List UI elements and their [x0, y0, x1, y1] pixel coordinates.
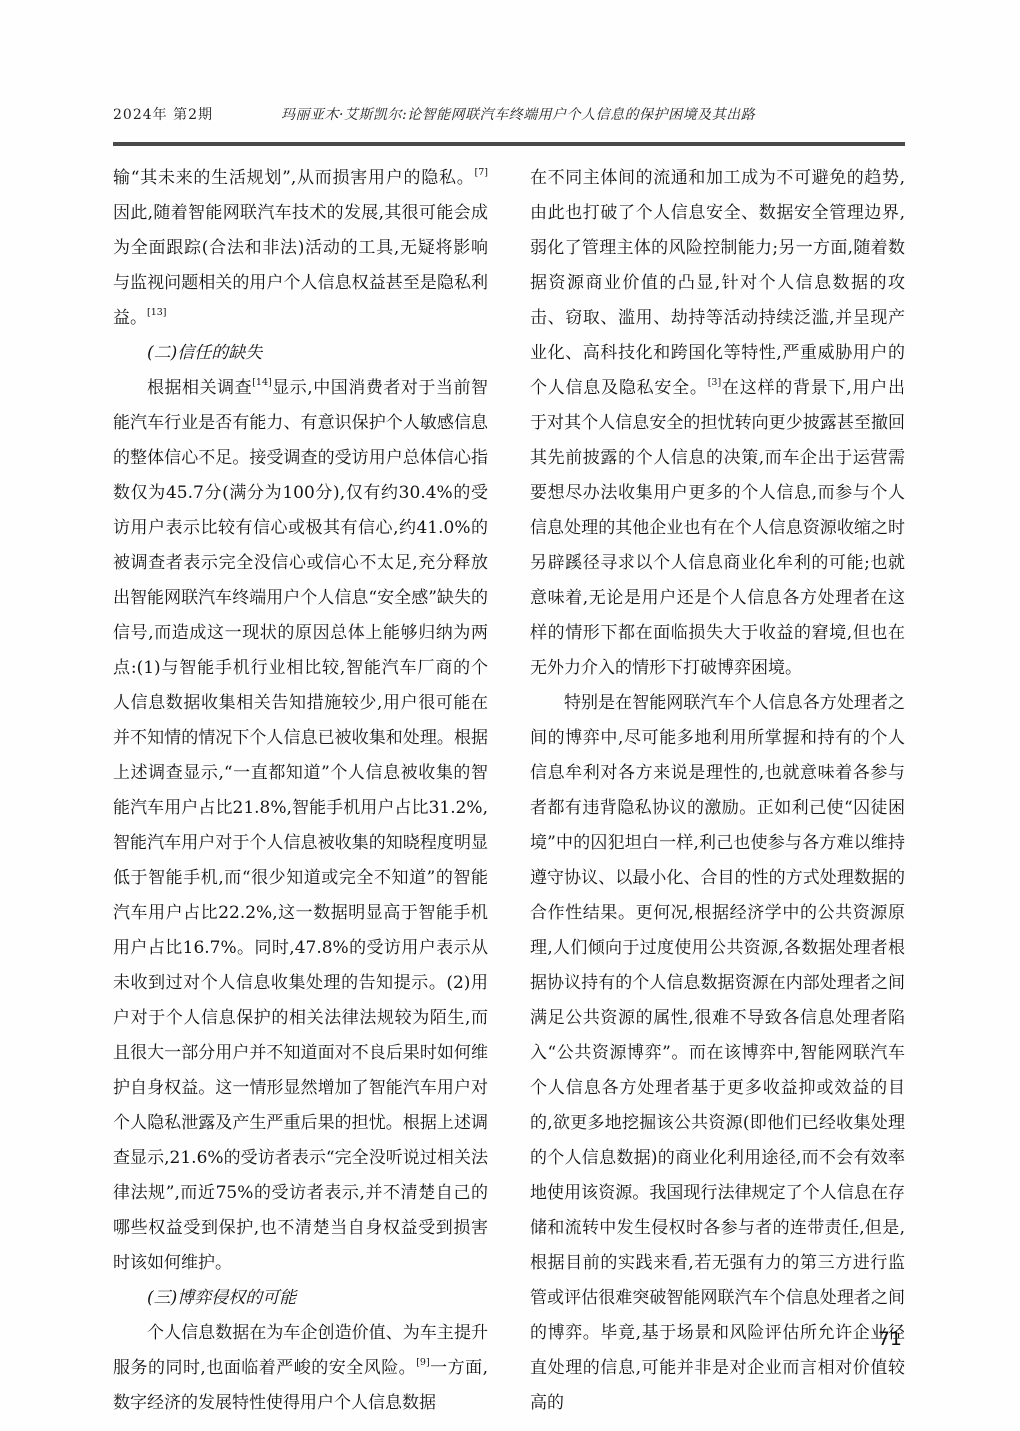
footnote-ref: [13]: [147, 307, 167, 318]
page-header: 2024年 第2期 玛丽亚木·艾斯凯尔:论智能网联汽车终端用户个人信息的保护困境…: [113, 104, 905, 124]
left-column: 输“其未来的生活规划”,从而损害用户的隐私。[7]因此,随着智能网联汽车技术的发…: [113, 161, 488, 1421]
running-title: 玛丽亚木·艾斯凯尔:论智能网联汽车终端用户个人信息的保护困境及其出路: [281, 104, 755, 124]
paragraph-text: 因此,随着智能网联汽车技术的发展,其很可能会成为全面跟踪(合法和非法)活动的工具…: [113, 203, 488, 328]
section-heading-3: (三)博弈侵权的可能: [113, 1281, 488, 1316]
paragraph: 个人信息数据在为车企创造价值、为车主提升服务的同时,也面临着严峻的安全风险。[9…: [113, 1316, 488, 1421]
right-column: 在不同主体间的流通和加工成为不可避免的趋势,由此也打破了个人信息安全、数据安全管…: [530, 161, 905, 1421]
page-number: 71: [878, 1328, 902, 1350]
paragraph-text: 显示,中国消费者对于当前智能汽车行业是否有能力、有意识保护个人敏感信息的整体信心…: [113, 378, 488, 1273]
paper-page: 2024年 第2期 玛丽亚木·艾斯凯尔:论智能网联汽车终端用户个人信息的保护困境…: [0, 0, 1020, 1431]
paragraph-continuation: 在不同主体间的流通和加工成为不可避免的趋势,由此也打破了个人信息安全、数据安全管…: [530, 161, 905, 686]
body-columns: 输“其未来的生活规划”,从而损害用户的隐私。[7]因此,随着智能网联汽车技术的发…: [113, 161, 905, 1421]
footnote-ref: [14]: [252, 377, 272, 388]
section-heading-2: (二)信任的缺失: [113, 336, 488, 371]
paragraph: 特别是在智能网联汽车个人信息各方处理者之间的博弈中,尽可能多地利用所掌握和持有的…: [530, 686, 905, 1421]
footnote-ref: [9]: [416, 1357, 429, 1368]
footnote-ref: [7]: [475, 167, 488, 178]
paragraph-continuation: 输“其未来的生活规划”,从而损害用户的隐私。[7]因此,随着智能网联汽车技术的发…: [113, 161, 488, 336]
header-rule: [113, 142, 905, 146]
paragraph: 根据相关调查[14]显示,中国消费者对于当前智能汽车行业是否有能力、有意识保护个…: [113, 371, 488, 1281]
paragraph-text: 输“其未来的生活规划”,从而损害用户的隐私。: [113, 168, 475, 188]
paragraph-text: 在这样的背景下,用户出于对其个人信息安全的担忧转向更少披露甚至撤回其先前披露的个…: [530, 378, 905, 678]
issue-label: 2024年 第2期: [113, 104, 213, 124]
paragraph-text: 根据相关调查: [147, 378, 252, 398]
footnote-ref: [3]: [708, 377, 721, 388]
paragraph-text: 在不同主体间的流通和加工成为不可避免的趋势,由此也打破了个人信息安全、数据安全管…: [530, 168, 905, 398]
